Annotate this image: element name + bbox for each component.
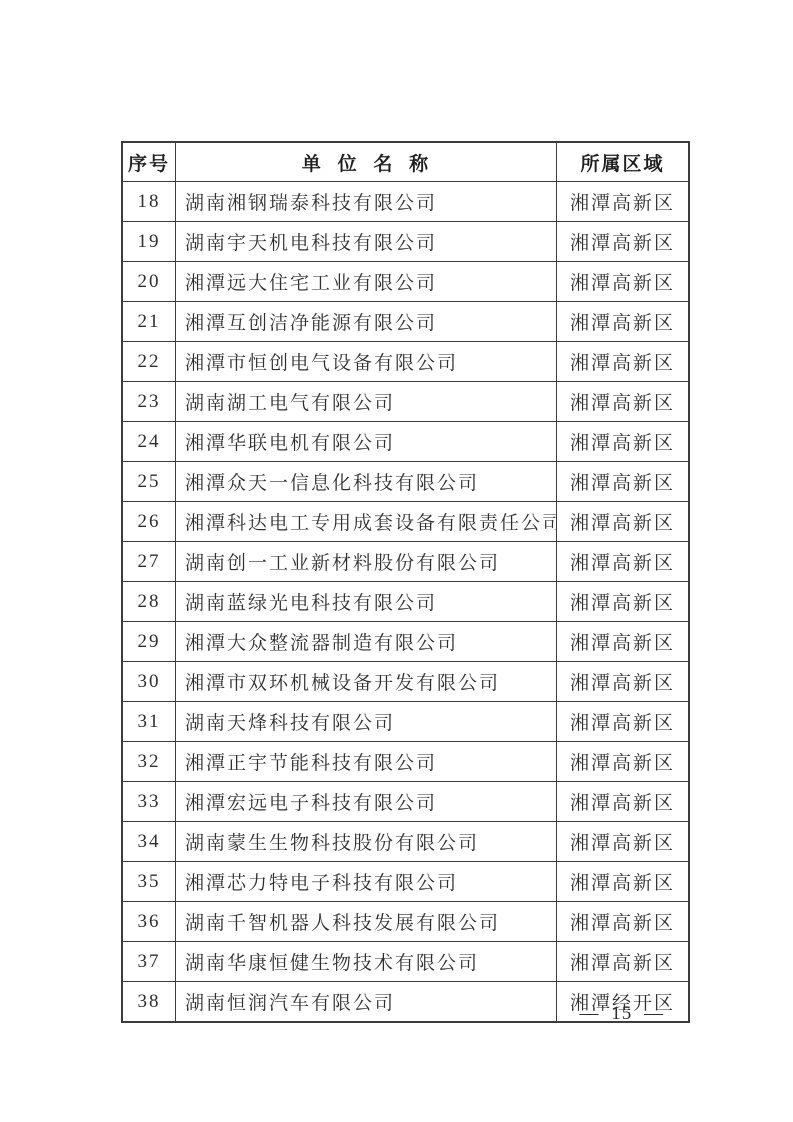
row-index: 21: [122, 302, 176, 342]
row-index: 32: [122, 742, 176, 782]
table-row: 33 湘潭宏远电子科技有限公司 湘潭高新区: [122, 782, 689, 822]
table-row: 28 湖南蓝绿光电科技有限公司 湘潭高新区: [122, 582, 689, 622]
company-name: 湘潭远大住宅工业有限公司: [176, 262, 557, 302]
company-name: 湘潭芯力特电子科技有限公司: [176, 862, 557, 902]
company-name: 湖南湖工电气有限公司: [176, 382, 557, 422]
region-label: 湘潭高新区: [557, 622, 690, 662]
region-label: 湘潭高新区: [557, 382, 690, 422]
table-row: 18 湖南湘钢瑞泰科技有限公司 湘潭高新区: [122, 182, 689, 222]
row-index: 33: [122, 782, 176, 822]
table-row: 27 湖南创一工业新材料股份有限公司 湘潭高新区: [122, 542, 689, 582]
column-header-unit-name: 单 位 名 称: [176, 142, 557, 182]
row-index: 28: [122, 582, 176, 622]
table-body: 18 湖南湘钢瑞泰科技有限公司 湘潭高新区 19 湖南宇天机电科技有限公司 湘潭…: [122, 182, 689, 1023]
region-label: 湘潭高新区: [557, 542, 690, 582]
table-row: 30 湘潭市双环机械设备开发有限公司 湘潭高新区: [122, 662, 689, 702]
table-row: 24 湘潭华联电机有限公司 湘潭高新区: [122, 422, 689, 462]
table-row: 34 湖南蒙生生物科技股份有限公司 湘潭高新区: [122, 822, 689, 862]
document-page: 序号 单 位 名 称 所属区域 18 湖南湘钢瑞泰科技有限公司 湘潭高新区 19…: [0, 0, 793, 1122]
row-index: 20: [122, 262, 176, 302]
row-index: 36: [122, 902, 176, 942]
table-row: 37 湖南华康恒健生物技术有限公司 湘潭高新区: [122, 942, 689, 982]
company-name: 湖南创一工业新材料股份有限公司: [176, 542, 557, 582]
table-row: 23 湖南湖工电气有限公司 湘潭高新区: [122, 382, 689, 422]
row-index: 22: [122, 342, 176, 382]
region-label: 湘潭高新区: [557, 262, 690, 302]
row-index: 27: [122, 542, 176, 582]
row-index: 30: [122, 662, 176, 702]
region-label: 湘潭高新区: [557, 342, 690, 382]
table-row: 35 湘潭芯力特电子科技有限公司 湘潭高新区: [122, 862, 689, 902]
company-name: 湘潭宏远电子科技有限公司: [176, 782, 557, 822]
company-name: 湘潭大众整流器制造有限公司: [176, 622, 557, 662]
region-label: 湘潭高新区: [557, 182, 690, 222]
company-name: 湘潭华联电机有限公司: [176, 422, 557, 462]
table-row: 19 湖南宇天机电科技有限公司 湘潭高新区: [122, 222, 689, 262]
table-row: 25 湘潭众天一信息化科技有限公司 湘潭高新区: [122, 462, 689, 502]
region-label: 湘潭高新区: [557, 862, 690, 902]
row-index: 31: [122, 702, 176, 742]
region-label: 湘潭高新区: [557, 742, 690, 782]
row-index: 19: [122, 222, 176, 262]
column-header-region: 所属区域: [557, 142, 690, 182]
company-name: 湖南蓝绿光电科技有限公司: [176, 582, 557, 622]
region-label: 湘潭高新区: [557, 662, 690, 702]
company-name: 湘潭正宇节能科技有限公司: [176, 742, 557, 782]
region-label: 湘潭高新区: [557, 502, 690, 542]
table-row: 29 湘潭大众整流器制造有限公司 湘潭高新区: [122, 622, 689, 662]
row-index: 29: [122, 622, 176, 662]
row-index: 18: [122, 182, 176, 222]
region-label: 湘潭高新区: [557, 942, 690, 982]
company-table: 序号 单 位 名 称 所属区域 18 湖南湘钢瑞泰科技有限公司 湘潭高新区 19…: [121, 141, 690, 1023]
region-label: 湘潭高新区: [557, 902, 690, 942]
company-name: 湘潭科达电工专用成套设备有限责任公司: [176, 502, 557, 542]
table-row: 26 湘潭科达电工专用成套设备有限责任公司 湘潭高新区: [122, 502, 689, 542]
region-label: 湘潭高新区: [557, 582, 690, 622]
table-row: 21 湘潭互创洁净能源有限公司 湘潭高新区: [122, 302, 689, 342]
row-index: 35: [122, 862, 176, 902]
company-name: 湖南湘钢瑞泰科技有限公司: [176, 182, 557, 222]
company-name: 湖南华康恒健生物技术有限公司: [176, 942, 557, 982]
company-name: 湖南千智机器人科技发展有限公司: [176, 902, 557, 942]
company-name: 湖南天烽科技有限公司: [176, 702, 557, 742]
region-label: 湘潭高新区: [557, 782, 690, 822]
table-header-row: 序号 单 位 名 称 所属区域: [122, 142, 689, 182]
table-row: 22 湘潭市恒创电气设备有限公司 湘潭高新区: [122, 342, 689, 382]
row-index: 37: [122, 942, 176, 982]
table-row: 36 湖南千智机器人科技发展有限公司 湘潭高新区: [122, 902, 689, 942]
row-index: 34: [122, 822, 176, 862]
region-label: 湘潭高新区: [557, 302, 690, 342]
region-label: 湘潭高新区: [557, 702, 690, 742]
company-name: 湘潭众天一信息化科技有限公司: [176, 462, 557, 502]
row-index: 24: [122, 422, 176, 462]
company-name: 湖南蒙生生物科技股份有限公司: [176, 822, 557, 862]
company-name: 湖南宇天机电科技有限公司: [176, 222, 557, 262]
company-name: 湘潭互创洁净能源有限公司: [176, 302, 557, 342]
region-label: 湘潭高新区: [557, 462, 690, 502]
row-index: 38: [122, 982, 176, 1023]
company-name: 湖南恒润汽车有限公司: [176, 982, 557, 1023]
row-index: 23: [122, 382, 176, 422]
table-row: 20 湘潭远大住宅工业有限公司 湘潭高新区: [122, 262, 689, 302]
region-label: 湘潭高新区: [557, 822, 690, 862]
row-index: 25: [122, 462, 176, 502]
company-name: 湘潭市双环机械设备开发有限公司: [176, 662, 557, 702]
table-row: 31 湖南天烽科技有限公司 湘潭高新区: [122, 702, 689, 742]
row-index: 26: [122, 502, 176, 542]
page-number: — 15 —: [580, 1003, 665, 1025]
column-header-index: 序号: [122, 142, 176, 182]
company-name: 湘潭市恒创电气设备有限公司: [176, 342, 557, 382]
region-label: 湘潭高新区: [557, 422, 690, 462]
region-label: 湘潭高新区: [557, 222, 690, 262]
table-row: 32 湘潭正宇节能科技有限公司 湘潭高新区: [122, 742, 689, 782]
